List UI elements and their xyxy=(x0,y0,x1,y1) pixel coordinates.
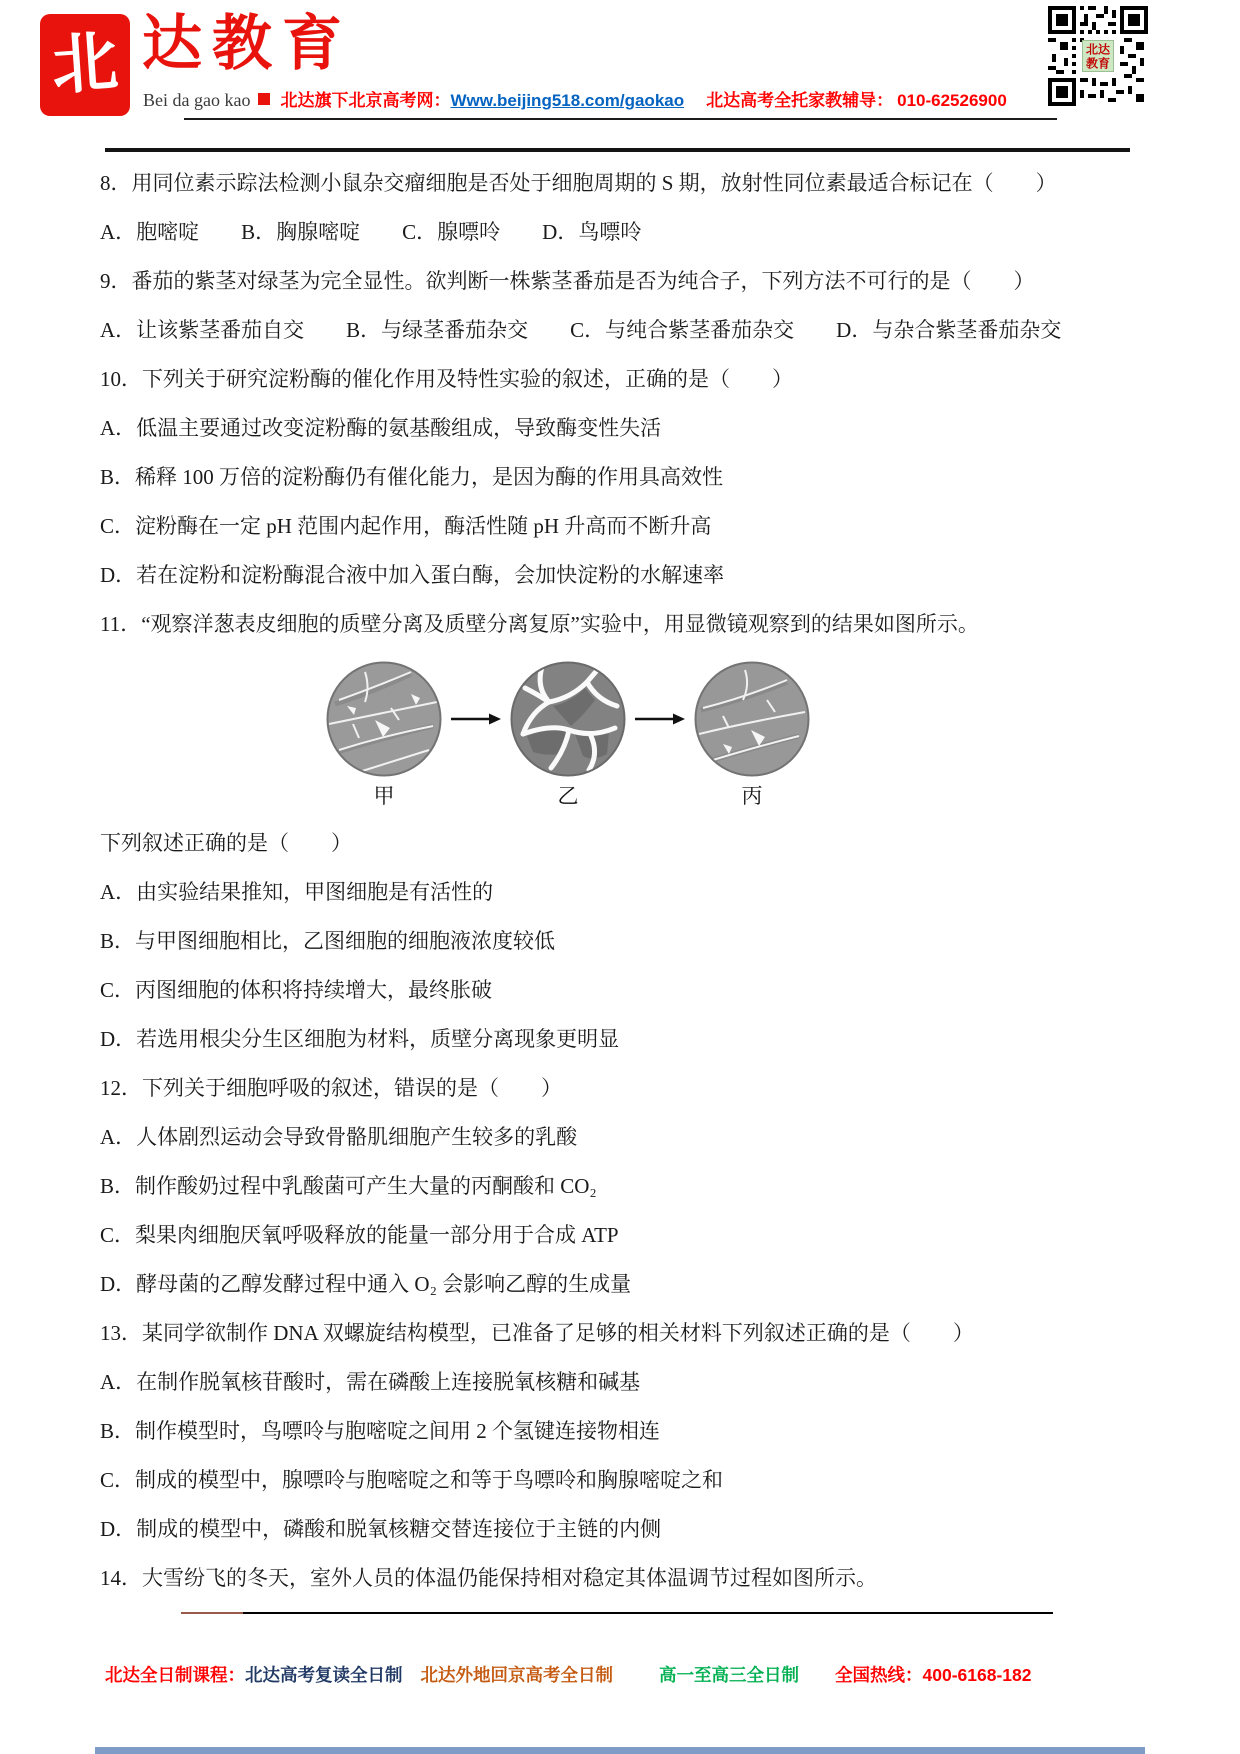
q8-stem: 8．用同位素示踪法检测小鼠杂交瘤细胞是否处于细胞周期的 S 期，放射性同位素最适… xyxy=(100,170,1145,196)
qr-code-icon: 北达 教育 xyxy=(1048,6,1148,106)
q12-stem: 12．下列关于细胞呼吸的叙述，错误的是（ ） xyxy=(100,1075,1145,1101)
micrograph-yi: 乙 xyxy=(509,660,627,810)
logo-stamp-char: 北 xyxy=(50,30,120,100)
q9-options: A．让该紫茎番茄自交 B．与绿茎番茄杂交 C．与纯合紫茎番茄杂交 D．与杂合紫茎… xyxy=(100,317,1145,343)
q13-stem: 13．某同学欲制作 DNA 双螺旋结构模型，已准备了足够的相关材料下列叙述正确的… xyxy=(100,1320,1145,1346)
page-bottom-bar xyxy=(95,1747,1145,1754)
q12-option-a: A．人体剧烈运动会导致骨骼肌细胞产生较多的乳酸 xyxy=(100,1124,1145,1150)
cell-image-bing xyxy=(693,660,811,778)
q10-option-a: A．低温主要通过改变淀粉酶的氨基酸组成，导致酶变性失活 xyxy=(100,415,1145,441)
q11-option-c: C．丙图细胞的体积将持续增大，最终胀破 xyxy=(100,977,1145,1003)
q9-stem: 9．番茄的紫茎对绿茎为完全显性。欲判断一株紫茎番茄是否为纯合子，下列方法不可行的… xyxy=(100,268,1145,294)
footer-courses-row: 北达全日制课程： 北达高考复读全日制 北达外地回京高考全日制 高一至高三全日制 … xyxy=(105,1662,1031,1687)
footer-course-fudu: 北达高考复读全日制 xyxy=(245,1662,403,1687)
gaokao-site-link[interactable]: Www.beijing518.com/gaokao xyxy=(450,91,684,111)
plasmolysis-figure: 甲 xyxy=(325,660,1145,804)
q10-stem: 10．下列关于研究淀粉酶的催化作用及特性实验的叙述，正确的是（ ） xyxy=(100,366,1145,392)
tagline-suffix: 北达高考全托家教辅导： xyxy=(706,86,893,111)
tagline-prefix: 北达旗下北京高考网： xyxy=(280,86,450,111)
q11-option-d: D．若选用根尖分生区细胞为材料，质壁分离现象更明显 xyxy=(100,1026,1145,1052)
q10-option-c: C．淀粉酶在一定 pH 范围内起作用，酶活性随 pH 升高而不断升高 xyxy=(100,513,1145,539)
q11-question: 下列叙述正确的是（ ） xyxy=(100,830,1145,856)
footer-divider xyxy=(181,1612,1053,1614)
q13-option-c: C．制成的模型中，腺嘌呤与胞嘧啶之和等于鸟嘌呤和胸腺嘧啶之和 xyxy=(100,1467,1145,1493)
arrow-right-icon xyxy=(635,712,685,726)
q12-option-d: D．酵母菌的乙醇发酵过程中通入 O₂ 会影响乙醇的生成量 xyxy=(100,1271,1145,1297)
header-tagline-row: Bei da gao kao 北达旗下北京高考网： Www.beijing518… xyxy=(143,86,1007,111)
q12-option-b: B．制作酸奶过程中乳酸菌可产生大量的丙酮酸和 CO₂ xyxy=(100,1173,1145,1199)
arrow-right-icon xyxy=(451,712,501,726)
footer-course-huijing: 北达外地回京高考全日制 xyxy=(421,1662,614,1687)
qr-center-label-1: 北达 xyxy=(1086,42,1110,57)
micrograph-jia: 甲 xyxy=(325,660,443,810)
logo-brand-text: 达教育 xyxy=(142,14,352,74)
qr-center-label-2: 教育 xyxy=(1085,56,1110,71)
figure-label-jia: 甲 xyxy=(374,780,395,810)
footer-divider-accent xyxy=(181,1612,243,1614)
footer-hotline-label: 全国热线： xyxy=(835,1662,923,1687)
q13-option-b: B．制作模型时，鸟嘌呤与胞嘧啶之间用 2 个氢键连接物相连 xyxy=(100,1418,1145,1444)
exam-page: 北 达教育 Bei da gao kao 北达旗下北京高考网： Www.beij… xyxy=(0,0,1240,1754)
q10-option-d: D．若在淀粉和淀粉酶混合液中加入蛋白酶，会加快淀粉的水解速率 xyxy=(100,562,1145,588)
figure-label-yi: 乙 xyxy=(558,780,579,810)
q12-option-c: C．梨果肉细胞厌氧呼吸释放的能量一部分用于合成 ATP xyxy=(100,1222,1145,1248)
q11-stem: 11．“观察洋葱表皮细胞的质壁分离及质壁分离复原”实验中，用显微镜观察到的结果如… xyxy=(100,611,1145,637)
red-square-icon xyxy=(258,93,270,105)
header-divider xyxy=(105,148,1130,152)
q13-option-a: A．在制作脱氧核苷酸时，需在磷酸上连接脱氧核糖和碱基 xyxy=(100,1369,1145,1395)
q8-options: A．胞嘧啶 B．胸腺嘧啶 C．腺嘌呤 D．鸟嘌呤 xyxy=(100,219,1145,245)
q13-option-d: D．制成的模型中，磷酸和脱氧核糖交替连接位于主链的内侧 xyxy=(100,1516,1145,1542)
cell-image-jia xyxy=(325,660,443,778)
header-phone-number: 010-62526900 xyxy=(897,91,1007,111)
q11-option-a: A．由实验结果推知，甲图细胞是有活性的 xyxy=(100,879,1145,905)
question-area: 8．用同位素示踪法检测小鼠杂交瘤细胞是否处于细胞周期的 S 期，放射性同位素最适… xyxy=(100,152,1145,1614)
logo-pinyin: Bei da gao kao xyxy=(143,90,250,111)
q11-option-b: B．与甲图细胞相比，乙图细胞的细胞液浓度较低 xyxy=(100,928,1145,954)
header-underline xyxy=(184,118,1057,120)
footer-courses-label: 北达全日制课程： xyxy=(105,1662,245,1687)
logo-stamp-icon: 北 xyxy=(40,14,130,116)
cell-image-yi xyxy=(509,660,627,778)
figure-label-bing: 丙 xyxy=(742,780,763,810)
footer-hotline-number: 400-6168-182 xyxy=(923,1665,1032,1686)
footer-course-gaoyi: 高一至高三全日制 xyxy=(659,1662,799,1687)
q14-stem: 14．大雪纷飞的冬天，室外人员的体温仍能保持相对稳定其体温调节过程如图所示。 xyxy=(100,1565,1145,1591)
q10-option-b: B．稀释 100 万倍的淀粉酶仍有催化能力，是因为酶的作用具高效性 xyxy=(100,464,1145,490)
micrograph-bing: 丙 xyxy=(693,660,811,810)
